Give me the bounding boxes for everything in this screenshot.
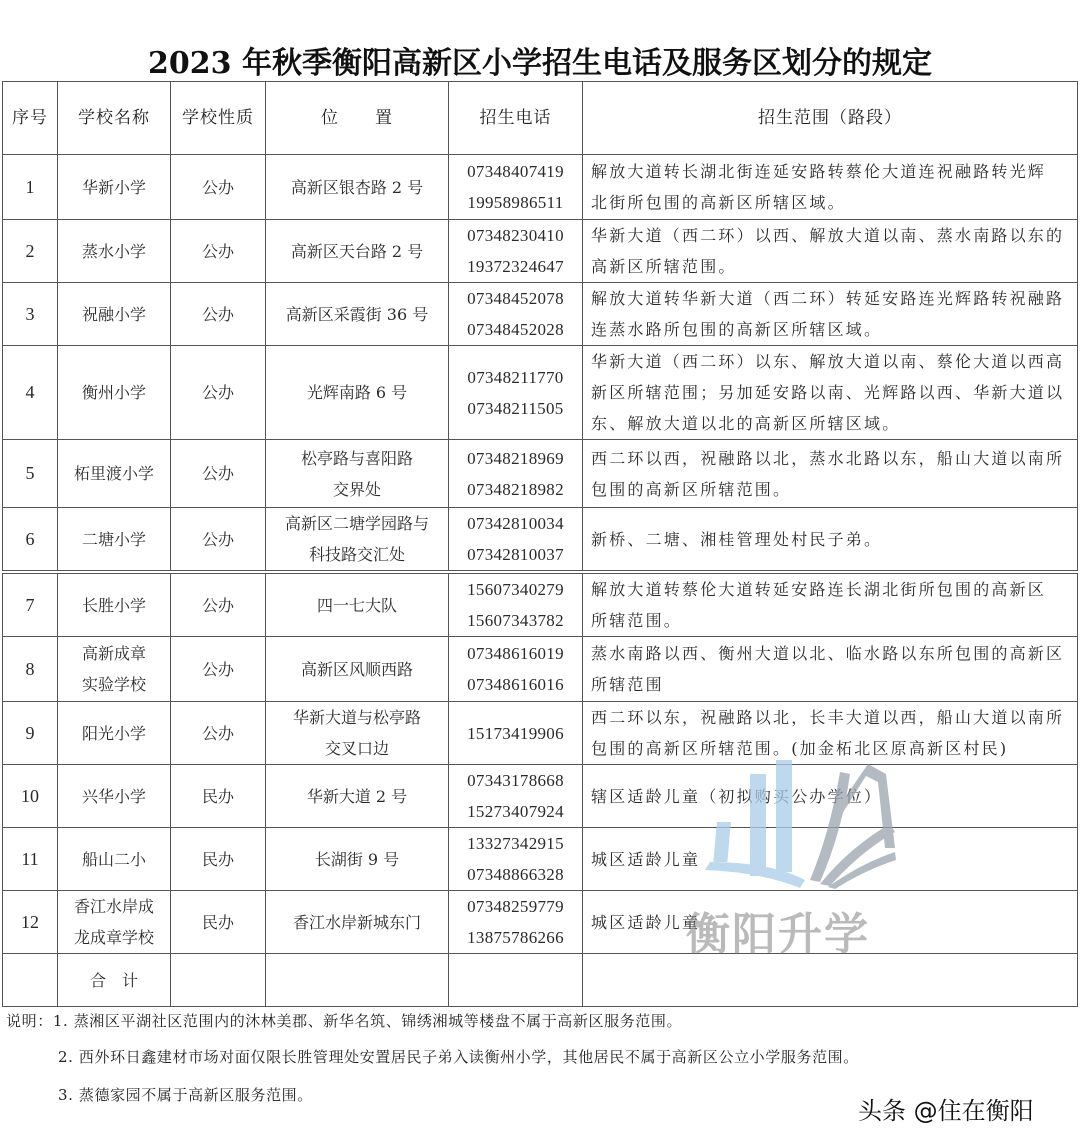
enrollment-scope: 解放大道转华新大道（西二环）转延安路连光辉路转祝融路连蒸水路所包围的高新区所辖区… bbox=[583, 283, 1078, 346]
table-row: 3 祝融小学 公办 高新区采霞街 36 号 073484520780734845… bbox=[3, 283, 1078, 346]
school-type: 民办 bbox=[171, 765, 266, 828]
school-name: 高新成章实验学校 bbox=[58, 637, 171, 702]
note-line-1: 说明：1. 蒸湘区平湖社区范围内的沐林美郡、新华名筑、锦绣湘城等楼盘不属于高新区… bbox=[6, 1010, 682, 1031]
enrollment-scope: 华新大道（西二环）以西、解放大道以南、蒸水南路以东的高新区所辖范围。 bbox=[583, 220, 1078, 283]
school-location: 高新区风顺西路 bbox=[266, 637, 449, 702]
enrollment-scope: 华新大道（西二环）以东、解放大道以南、蔡伦大道以西高新区所辖范围；另加延安路以南… bbox=[583, 346, 1078, 440]
school-name: 衡州小学 bbox=[58, 346, 171, 440]
table-row: 1 华新小学 公办 高新区银杏路 2 号 0734840741919958986… bbox=[3, 155, 1078, 220]
school-type: 公办 bbox=[171, 346, 266, 440]
school-phones: 0734281003407342810037 bbox=[449, 508, 583, 573]
school-name: 兴华小学 bbox=[58, 765, 171, 828]
enrollment-scope: 解放大道转长湖北街连延安路转蔡伦大道连祝融路转光辉北街所包围的高新区所辖区域。 bbox=[583, 155, 1078, 220]
school-location: 四一七大队 bbox=[266, 572, 449, 637]
school-location: 高新区银杏路 2 号 bbox=[266, 155, 449, 220]
table-row: 10 兴华小学 民办 华新大道 2 号 07343178668152734079… bbox=[3, 765, 1078, 828]
watermark-text: 衡阳升学 bbox=[686, 898, 870, 962]
school-name: 阳光小学 bbox=[58, 702, 171, 765]
table-row: 8 高新成章实验学校 公办 高新区风顺西路 073486160190734861… bbox=[3, 637, 1078, 702]
school-location: 香江水岸新城东门 bbox=[266, 891, 449, 954]
table-row: 2 蒸水小学 公办 高新区天台路 2 号 0734823041019372324… bbox=[3, 220, 1078, 283]
total-row: 合 计 bbox=[3, 954, 1078, 1007]
school-name: 长胜小学 bbox=[58, 572, 171, 637]
row-index: 8 bbox=[3, 637, 58, 702]
school-type: 民办 bbox=[171, 828, 266, 891]
header-school-type: 学校性质 bbox=[171, 82, 266, 155]
school-location: 松亭路与喜阳路交界处 bbox=[266, 440, 449, 508]
school-location: 光辉南路 6 号 bbox=[266, 346, 449, 440]
school-type: 公办 bbox=[171, 283, 266, 346]
document-title: 2023 年秋季衡阳高新区小学招生电话及服务区划分的规定 bbox=[0, 38, 1080, 82]
header-phone: 招生电话 bbox=[449, 82, 583, 155]
table-row: 12 香江水岸成龙成章学校 民办 香江水岸新城东门 07348259779138… bbox=[3, 891, 1078, 954]
school-name: 船山二小 bbox=[58, 828, 171, 891]
row-index: 12 bbox=[3, 891, 58, 954]
table-row: 6 二塘小学 公办 高新区二塘学园路与科技路交汇处 07342810034073… bbox=[3, 508, 1078, 573]
enrollment-scope: 解放大道转蔡伦大道转延安路连长湖北街所包围的高新区所辖范围。 bbox=[583, 572, 1078, 637]
school-location: 华新大道 2 号 bbox=[266, 765, 449, 828]
school-phones: 0734825977913875786266 bbox=[449, 891, 583, 954]
note-item: 3. 蒸德家园不属于高新区服务范围。 bbox=[58, 1084, 313, 1105]
school-location: 高新区采霞街 36 号 bbox=[266, 283, 449, 346]
row-index: 11 bbox=[3, 828, 58, 891]
table-row: 5 柘里渡小学 公办 松亭路与喜阳路交界处 073482189690734821… bbox=[3, 440, 1078, 508]
school-phones: 15173419906 bbox=[449, 702, 583, 765]
table-row: 11 船山二小 民办 长湖街 9 号 133273429150734886632… bbox=[3, 828, 1078, 891]
source-credit: 头条 @住在衡阳 bbox=[858, 1091, 1034, 1126]
enrollment-scope: 辖区适龄儿童（初拟购买公办学位） bbox=[583, 765, 1078, 828]
note-item: 1. 蒸湘区平湖社区范围内的沐林美郡、新华名筑、锦绣湘城等楼盘不属于高新区服务范… bbox=[53, 1012, 682, 1030]
school-type: 公办 bbox=[171, 220, 266, 283]
header-location: 位 置 bbox=[266, 82, 449, 155]
row-index: 3 bbox=[3, 283, 58, 346]
row-index: 7 bbox=[3, 572, 58, 637]
school-phones: 0734821896907348218982 bbox=[449, 440, 583, 508]
row-index: 1 bbox=[3, 155, 58, 220]
total-empty bbox=[266, 954, 449, 1007]
header-scope: 招生范围（路段） bbox=[583, 82, 1078, 155]
total-empty bbox=[449, 954, 583, 1007]
table-row: 4 衡州小学 公办 光辉南路 6 号 073482117700734821150… bbox=[3, 346, 1078, 440]
school-type: 公办 bbox=[171, 637, 266, 702]
school-phones: 1560734027915607343782 bbox=[449, 572, 583, 637]
school-type: 公办 bbox=[171, 508, 266, 573]
school-phones: 1332734291507348866328 bbox=[449, 828, 583, 891]
school-phones: 0734821177007348211505 bbox=[449, 346, 583, 440]
header-school-name: 学校名称 bbox=[58, 82, 171, 155]
table-row: 9 阳光小学 公办 华新大道与松亭路交叉口边 15173419906 西二环以东… bbox=[3, 702, 1078, 765]
enrollment-scope: 新桥、二塘、湘桂管理处村民子弟。 bbox=[583, 508, 1078, 573]
row-index: 2 bbox=[3, 220, 58, 283]
row-index: 9 bbox=[3, 702, 58, 765]
school-phones: 0734845207807348452028 bbox=[449, 283, 583, 346]
school-name: 柘里渡小学 bbox=[58, 440, 171, 508]
enrollment-scope: 城区适龄儿童 bbox=[583, 828, 1078, 891]
table-header-row: 序号 学校名称 学校性质 位 置 招生电话 招生范围（路段） bbox=[3, 82, 1078, 155]
row-index: 4 bbox=[3, 346, 58, 440]
row-index: 10 bbox=[3, 765, 58, 828]
total-empty bbox=[171, 954, 266, 1007]
school-type: 公办 bbox=[171, 702, 266, 765]
row-index: 6 bbox=[3, 508, 58, 573]
school-location: 华新大道与松亭路交叉口边 bbox=[266, 702, 449, 765]
table-row: 7 长胜小学 公办 四一七大队 1560734027915607343782 解… bbox=[3, 572, 1078, 637]
school-location: 高新区天台路 2 号 bbox=[266, 220, 449, 283]
header-index: 序号 bbox=[3, 82, 58, 155]
school-location: 长湖街 9 号 bbox=[266, 828, 449, 891]
school-type: 公办 bbox=[171, 440, 266, 508]
school-location: 高新区二塘学园路与科技路交汇处 bbox=[266, 508, 449, 573]
notes-prefix: 说明： bbox=[6, 1012, 53, 1030]
school-name: 蒸水小学 bbox=[58, 220, 171, 283]
enrollment-scope: 西二环以西，祝融路以北，蒸水北路以东，船山大道以南所包围的高新区所辖范围。 bbox=[583, 440, 1078, 508]
school-type: 民办 bbox=[171, 891, 266, 954]
enrollment-scope: 西二环以东，祝融路以北，长丰大道以西，船山大道以南所包围的高新区所辖范围。(加金… bbox=[583, 702, 1078, 765]
school-phones: 0734861601907348616016 bbox=[449, 637, 583, 702]
school-type: 公办 bbox=[171, 155, 266, 220]
total-label: 合 计 bbox=[58, 954, 171, 1007]
school-name: 香江水岸成龙成章学校 bbox=[58, 891, 171, 954]
school-name: 二塘小学 bbox=[58, 508, 171, 573]
school-phones: 0734317866815273407924 bbox=[449, 765, 583, 828]
total-index-empty bbox=[3, 954, 58, 1007]
school-phones: 0734823041019372324647 bbox=[449, 220, 583, 283]
note-item: 2. 西外环日鑫建材市场对面仅限长胜管理处安置居民子弟入读衡州小学，其他居民不属… bbox=[58, 1046, 859, 1067]
school-type: 公办 bbox=[171, 572, 266, 637]
school-name: 祝融小学 bbox=[58, 283, 171, 346]
enrollment-scope: 蒸水南路以西、衡州大道以北、临水路以东所包围的高新区所辖范围 bbox=[583, 637, 1078, 702]
row-index: 5 bbox=[3, 440, 58, 508]
school-phones: 0734840741919958986511 bbox=[449, 155, 583, 220]
school-name: 华新小学 bbox=[58, 155, 171, 220]
enrollment-table: 序号 学校名称 学校性质 位 置 招生电话 招生范围（路段） 1 华新小学 公办… bbox=[2, 81, 1078, 1007]
